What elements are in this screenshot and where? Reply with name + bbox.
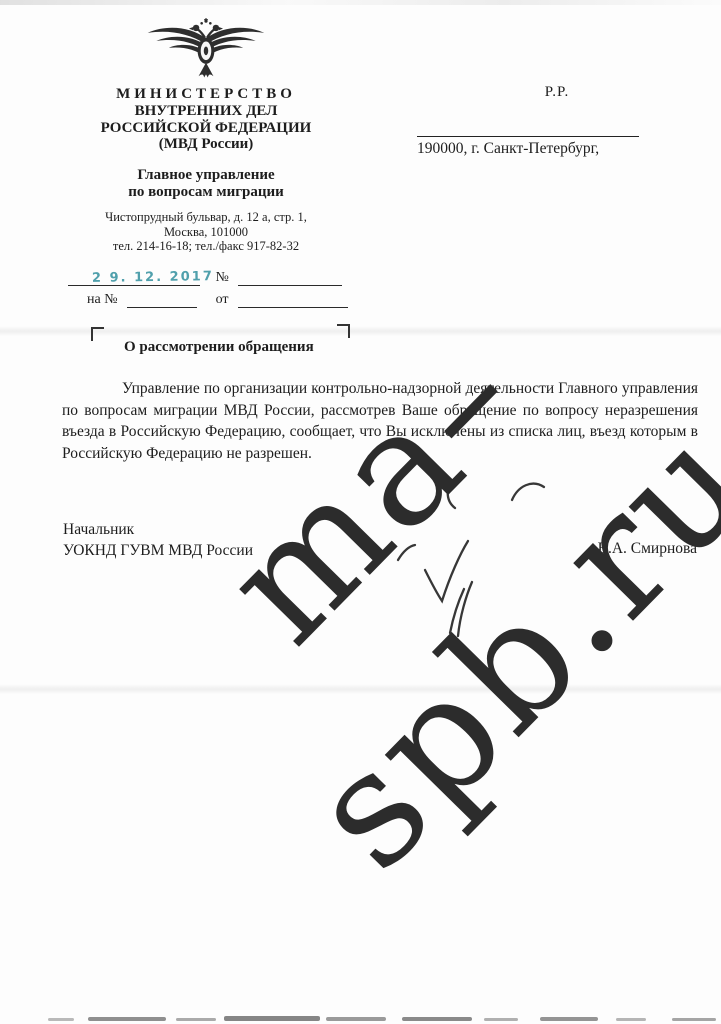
reply-to-number-label: на № <box>87 292 118 307</box>
division-name-line1: Главное управление <box>60 167 352 184</box>
handwritten-signature-strokes <box>380 450 600 650</box>
reference-number-block: 2 9. 12. 2017 № на № от <box>60 270 352 314</box>
from-date-label: от <box>216 292 229 307</box>
subject-line: О рассмотрении обращения <box>124 339 314 356</box>
ministry-abbreviation: (МВД России) <box>60 136 352 153</box>
ministry-name-line1: МИНИСТЕРСТВО <box>60 86 352 103</box>
letterhead-phone-fax: тел. 214-16-18; тел./факс 917-82-32 <box>60 239 352 254</box>
subject-corner-mark-left <box>91 327 104 341</box>
reply-number-blank-line <box>127 293 197 308</box>
scan-edge-artifact <box>0 0 721 5</box>
signer-position-line1: Начальник <box>63 519 253 540</box>
addressee-city: 190000, г. Санкт-Петербург, <box>417 140 697 158</box>
mvd-eagle-emblem-icon <box>143 18 269 80</box>
letterhead-city-postcode: Москва, 101000 <box>60 225 352 240</box>
fold-crease-lower <box>0 684 721 694</box>
number-sign-label: № <box>216 270 229 285</box>
scanned-letter-page: МИНИСТЕРСТВО ВНУТРЕННИХ ДЕЛ РОССИЙСКОЙ Ф… <box>0 0 721 1024</box>
ministry-name-line2: ВНУТРЕННИХ ДЕЛ <box>60 103 352 120</box>
letterhead-block: МИНИСТЕРСТВО ВНУТРЕННИХ ДЕЛ РОССИЙСКОЙ Ф… <box>60 18 352 254</box>
signer-position-line2: УОКНД ГУВМ МВД России <box>63 540 253 561</box>
division-name-line2: по вопросам миграции <box>60 184 352 201</box>
fold-crease-upper <box>0 326 721 336</box>
number-blank-line <box>238 271 342 286</box>
from-date-blank-line <box>238 293 348 308</box>
letterhead-street-address: Чистопрудный бульвар, д. 12 а, стр. 1, <box>60 210 352 225</box>
scan-bottom-artifact <box>48 1008 708 1022</box>
addressee-initials: Р.Р. <box>417 84 697 101</box>
ministry-name-line3: РОССИЙСКОЙ ФЕДЕРАЦИИ <box>60 120 352 137</box>
addressee-name-line <box>417 135 639 137</box>
addressee-block: Р.Р. 190000, г. Санкт-Петербург, <box>417 84 697 158</box>
subject-corner-mark-right <box>337 324 350 338</box>
incoming-date-stamp: 2 9. 12. 2017 <box>92 269 214 286</box>
signer-name: В.А. Смирнова <box>598 540 697 558</box>
